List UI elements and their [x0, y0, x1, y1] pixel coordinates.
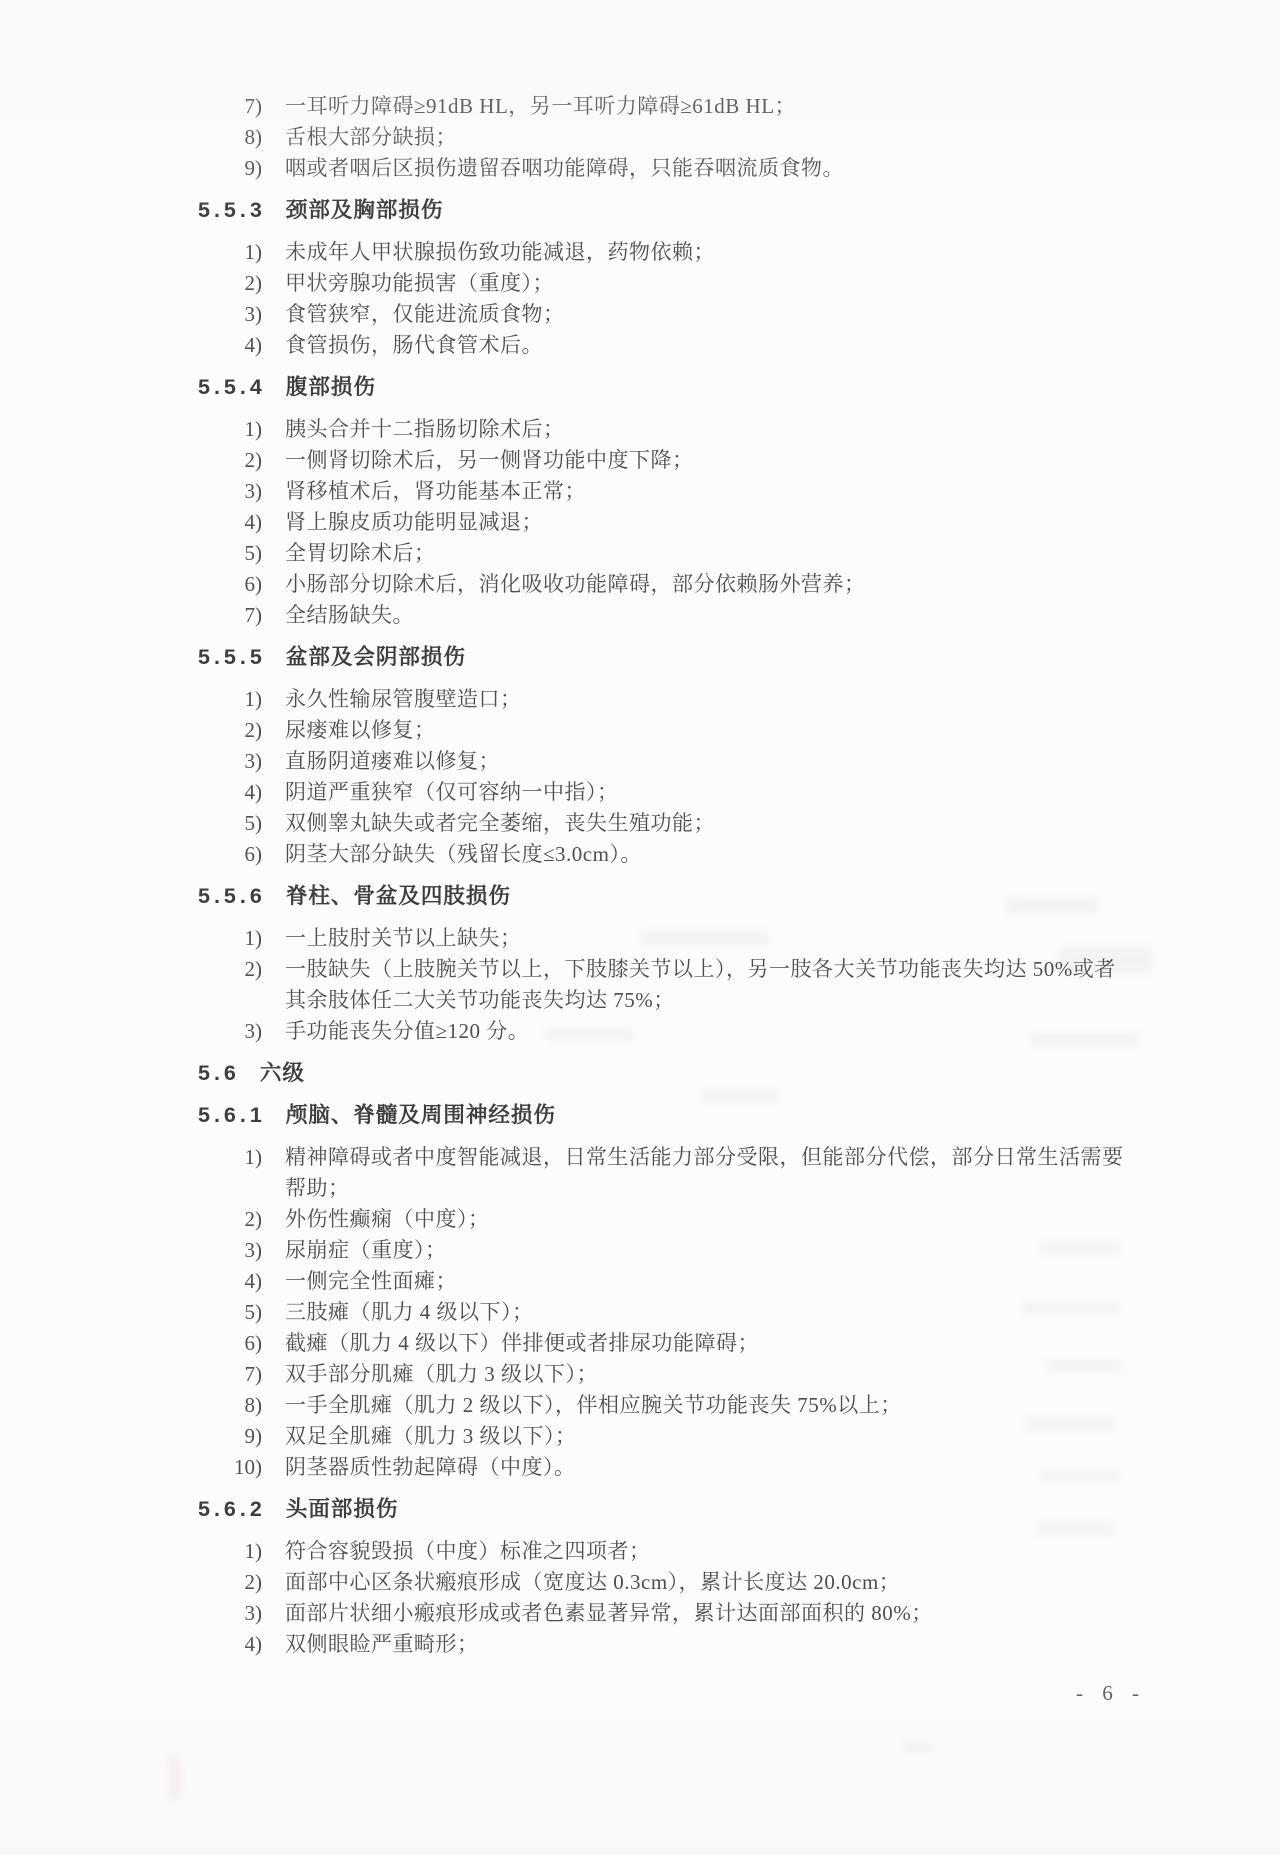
list-item: 3)面部片状细小瘢痕形成或者色素显著异常，累计达面部面积的 80%； [198, 1598, 1190, 1629]
list-item: 2)甲状旁腺功能损害（重度）； [198, 268, 1190, 299]
item-number: 7) [198, 91, 262, 122]
item-text: 一手全肌瘫（肌力 2 级以下），伴相应腕关节功能丧失 75%以上； [285, 1390, 1190, 1421]
section-title: 颅脑、脊髓及周围神经损伤 [286, 1100, 556, 1131]
document-content: 7)一耳听力障碍≥91dB HL，另一耳听力障碍≥61dB HL；8)舌根大部分… [198, 91, 1190, 1660]
section-heading: 5.6六级 [198, 1058, 1190, 1089]
item-number: 2) [198, 1567, 262, 1598]
item-number: 2) [198, 445, 262, 476]
section-number: 5.5.4 [198, 372, 266, 403]
item-number: 4) [198, 1629, 262, 1660]
list-item: 3)尿崩症（重度）； [198, 1235, 1190, 1266]
item-number: 4) [198, 1266, 262, 1297]
item-text: 尿崩症（重度）； [285, 1235, 1190, 1266]
list-item: 5)三肢瘫（肌力 4 级以下）； [198, 1297, 1190, 1328]
list-item: 2)外伤性癫痫（中度）； [198, 1204, 1190, 1235]
item-list: 1)精神障碍或者中度智能减退，日常生活能力部分受限，但能部分代偿，部分日常生活需… [198, 1142, 1190, 1483]
item-number: 1) [198, 1142, 262, 1204]
section-title: 腹部损伤 [286, 372, 376, 403]
item-number: 1) [198, 684, 262, 715]
item-list: 1)永久性输尿管腹壁造口；2)尿瘘难以修复；3)直肠阴道瘘难以修复；4)阴道严重… [198, 684, 1190, 870]
list-item: 1)精神障碍或者中度智能减退，日常生活能力部分受限，但能部分代偿，部分日常生活需… [198, 1142, 1190, 1204]
item-number: 1) [198, 1536, 262, 1567]
list-item: 4)肾上腺皮质功能明显减退； [198, 507, 1190, 538]
item-text: 手功能丧失分值≥120 分。 [285, 1016, 1190, 1047]
section-title: 六级 [260, 1058, 305, 1089]
item-number: 9) [198, 153, 262, 184]
item-text: 精神障碍或者中度智能减退，日常生活能力部分受限，但能部分代偿，部分日常生活需要 … [285, 1142, 1190, 1204]
section-title: 盆部及会阴部损伤 [286, 642, 466, 673]
item-number: 2) [198, 1204, 262, 1235]
item-text: 尿瘘难以修复； [285, 715, 1190, 746]
item-text: 外伤性癫痫（中度）； [285, 1204, 1190, 1235]
list-item: 1)永久性输尿管腹壁造口； [198, 684, 1190, 715]
item-number: 3) [198, 1016, 262, 1047]
item-number: 9) [198, 1421, 262, 1452]
section-number: 5.6 [198, 1058, 240, 1089]
item-number: 5) [198, 538, 262, 569]
section-title: 颈部及胸部损伤 [286, 195, 444, 226]
item-text: 双手部分肌瘫（肌力 3 级以下）； [285, 1359, 1190, 1390]
item-text: 双侧眼睑严重畸形； [285, 1629, 1190, 1660]
document-page: 7)一耳听力障碍≥91dB HL，另一耳听力障碍≥61dB HL；8)舌根大部分… [0, 0, 1280, 1855]
section-title: 头面部损伤 [286, 1494, 399, 1525]
item-number: 1) [198, 237, 262, 268]
item-text: 甲状旁腺功能损害（重度）； [285, 268, 1190, 299]
item-text: 永久性输尿管腹壁造口； [285, 684, 1190, 715]
item-list: 1)未成年人甲状腺损伤致功能减退，药物依赖；2)甲状旁腺功能损害（重度）；3)食… [198, 237, 1190, 361]
list-item: 3)手功能丧失分值≥120 分。 [198, 1016, 1190, 1047]
list-item: 8)舌根大部分缺损； [198, 122, 1190, 153]
item-text: 三肢瘫（肌力 4 级以下）； [285, 1297, 1190, 1328]
scan-artifact [170, 1756, 179, 1800]
item-number: 8) [198, 1390, 262, 1421]
item-number: 2) [198, 715, 262, 746]
section-number: 5.6.1 [198, 1100, 266, 1131]
list-item: 7)双手部分肌瘫（肌力 3 级以下）； [198, 1359, 1190, 1390]
item-list: 1)一上肢肘关节以上缺失；2)一肢缺失（上肢腕关节以上，下肢膝关节以上），另一肢… [198, 923, 1190, 1047]
list-item: 6)截瘫（肌力 4 级以下）伴排便或者排尿功能障碍； [198, 1328, 1190, 1359]
item-text: 一上肢肘关节以上缺失； [285, 923, 1190, 954]
item-number: 3) [198, 1598, 262, 1629]
item-number: 4) [198, 507, 262, 538]
item-number: 7) [198, 1359, 262, 1390]
list-item: 6)阴茎大部分缺失（残留长度≤3.0cm）。 [198, 839, 1190, 870]
item-text: 肾上腺皮质功能明显减退； [285, 507, 1190, 538]
item-number: 3) [198, 299, 262, 330]
list-item: 2)尿瘘难以修复； [198, 715, 1190, 746]
item-text: 一耳听力障碍≥91dB HL，另一耳听力障碍≥61dB HL； [285, 91, 1190, 122]
item-number: 6) [198, 1328, 262, 1359]
item-text: 阴茎大部分缺失（残留长度≤3.0cm）。 [285, 839, 1190, 870]
item-number: 2) [198, 954, 262, 1016]
list-item: 9)双足全肌瘫（肌力 3 级以下）； [198, 1421, 1190, 1452]
section-number: 5.5.5 [198, 642, 266, 673]
section-heading: 5.6.2头面部损伤 [198, 1494, 1190, 1525]
item-number: 10) [198, 1452, 262, 1483]
list-item: 1)未成年人甲状腺损伤致功能减退，药物依赖； [198, 237, 1190, 268]
list-item: 4)一侧完全性面瘫； [198, 1266, 1190, 1297]
item-number: 1) [198, 923, 262, 954]
item-text: 截瘫（肌力 4 级以下）伴排便或者排尿功能障碍； [285, 1328, 1190, 1359]
list-item: 5)双侧睾丸缺失或者完全萎缩，丧失生殖功能； [198, 808, 1190, 839]
item-number: 7) [198, 600, 262, 631]
item-text: 双侧睾丸缺失或者完全萎缩，丧失生殖功能； [285, 808, 1190, 839]
list-item: 1)胰头合并十二指肠切除术后； [198, 414, 1190, 445]
item-number: 3) [198, 746, 262, 777]
list-item: 2)一侧肾切除术后，另一侧肾功能中度下降； [198, 445, 1190, 476]
list-item: 2)面部中心区条状瘢痕形成（宽度达 0.3cm），累计长度达 20.0cm； [198, 1567, 1190, 1598]
list-item: 7)全结肠缺失。 [198, 600, 1190, 631]
section-number: 5.5.6 [198, 881, 266, 912]
item-text: 舌根大部分缺损； [285, 122, 1190, 153]
list-item: 7)一耳听力障碍≥91dB HL，另一耳听力障碍≥61dB HL； [198, 91, 1190, 122]
list-item: 2)一肢缺失（上肢腕关节以上，下肢膝关节以上），另一肢各大关节功能丧失均达 50… [198, 954, 1190, 1016]
list-item: 4)双侧眼睑严重畸形； [198, 1629, 1190, 1660]
item-number: 4) [198, 330, 262, 361]
item-number: 6) [198, 839, 262, 870]
list-item: 3)直肠阴道瘘难以修复； [198, 746, 1190, 777]
list-item: 4)阴道严重狭窄（仅可容纳一中指）； [198, 777, 1190, 808]
item-number: 3) [198, 1235, 262, 1266]
item-text: 肾移植术后，肾功能基本正常； [285, 476, 1190, 507]
item-text: 未成年人甲状腺损伤致功能减退，药物依赖； [285, 237, 1190, 268]
item-text: 咽或者咽后区损伤遗留吞咽功能障碍，只能吞咽流质食物。 [285, 153, 1190, 184]
item-text: 食管狭窄，仅能进流质食物； [285, 299, 1190, 330]
item-number: 5) [198, 1297, 262, 1328]
section-number: 5.5.3 [198, 195, 266, 226]
section-heading: 5.5.4腹部损伤 [198, 372, 1190, 403]
list-item: 3)肾移植术后，肾功能基本正常； [198, 476, 1190, 507]
item-list: 1)胰头合并十二指肠切除术后；2)一侧肾切除术后，另一侧肾功能中度下降；3)肾移… [198, 414, 1190, 631]
item-text: 阴茎器质性勃起障碍（中度）。 [285, 1452, 1190, 1483]
list-item: 3)食管狭窄，仅能进流质食物； [198, 299, 1190, 330]
item-list: 1)符合容貌毁损（中度）标准之四项者；2)面部中心区条状瘢痕形成（宽度达 0.3… [198, 1536, 1190, 1660]
item-text: 一肢缺失（上肢腕关节以上，下肢膝关节以上），另一肢各大关节功能丧失均达 50%或… [285, 954, 1190, 1016]
list-item: 8)一手全肌瘫（肌力 2 级以下），伴相应腕关节功能丧失 75%以上； [198, 1390, 1190, 1421]
item-text: 直肠阴道瘘难以修复； [285, 746, 1190, 777]
item-text: 面部片状细小瘢痕形成或者色素显著异常，累计达面部面积的 80%； [285, 1598, 1190, 1629]
item-text: 全结肠缺失。 [285, 600, 1190, 631]
list-item: 6)小肠部分切除术后，消化吸收功能障碍，部分依赖肠外营养； [198, 569, 1190, 600]
item-text: 阴道严重狭窄（仅可容纳一中指）； [285, 777, 1190, 808]
scan-artifact [902, 1742, 934, 1752]
list-item: 1)一上肢肘关节以上缺失； [198, 923, 1190, 954]
list-item: 4)食管损伤，肠代食管术后。 [198, 330, 1190, 361]
item-number: 1) [198, 414, 262, 445]
list-item: 9)咽或者咽后区损伤遗留吞咽功能障碍，只能吞咽流质食物。 [198, 153, 1190, 184]
item-number: 8) [198, 122, 262, 153]
item-text: 一侧肾切除术后，另一侧肾功能中度下降； [285, 445, 1190, 476]
page-number: - 6 - [1056, 1678, 1166, 1709]
item-number: 2) [198, 268, 262, 299]
section-heading: 5.5.5盆部及会阴部损伤 [198, 642, 1190, 673]
item-text: 食管损伤，肠代食管术后。 [285, 330, 1190, 361]
list-item: 1)符合容貌毁损（中度）标准之四项者； [198, 1536, 1190, 1567]
item-text: 双足全肌瘫（肌力 3 级以下）； [285, 1421, 1190, 1452]
item-list: 7)一耳听力障碍≥91dB HL，另一耳听力障碍≥61dB HL；8)舌根大部分… [198, 91, 1190, 184]
list-item: 10)阴茎器质性勃起障碍（中度）。 [198, 1452, 1190, 1483]
section-number: 5.6.2 [198, 1494, 266, 1525]
item-number: 6) [198, 569, 262, 600]
section-title: 脊柱、骨盆及四肢损伤 [286, 881, 511, 912]
section-heading: 5.6.1颅脑、脊髓及周围神经损伤 [198, 1100, 1190, 1131]
item-text: 胰头合并十二指肠切除术后； [285, 414, 1190, 445]
section-heading: 5.5.6脊柱、骨盆及四肢损伤 [198, 881, 1190, 912]
section-heading: 5.5.3颈部及胸部损伤 [198, 195, 1190, 226]
item-number: 3) [198, 476, 262, 507]
item-text: 面部中心区条状瘢痕形成（宽度达 0.3cm），累计长度达 20.0cm； [285, 1567, 1190, 1598]
item-text: 一侧完全性面瘫； [285, 1266, 1190, 1297]
list-item: 5)全胃切除术后； [198, 538, 1190, 569]
item-number: 4) [198, 777, 262, 808]
item-text: 小肠部分切除术后，消化吸收功能障碍，部分依赖肠外营养； [285, 569, 1190, 600]
item-number: 5) [198, 808, 262, 839]
item-text: 符合容貌毁损（中度）标准之四项者； [285, 1536, 1190, 1567]
item-text: 全胃切除术后； [285, 538, 1190, 569]
